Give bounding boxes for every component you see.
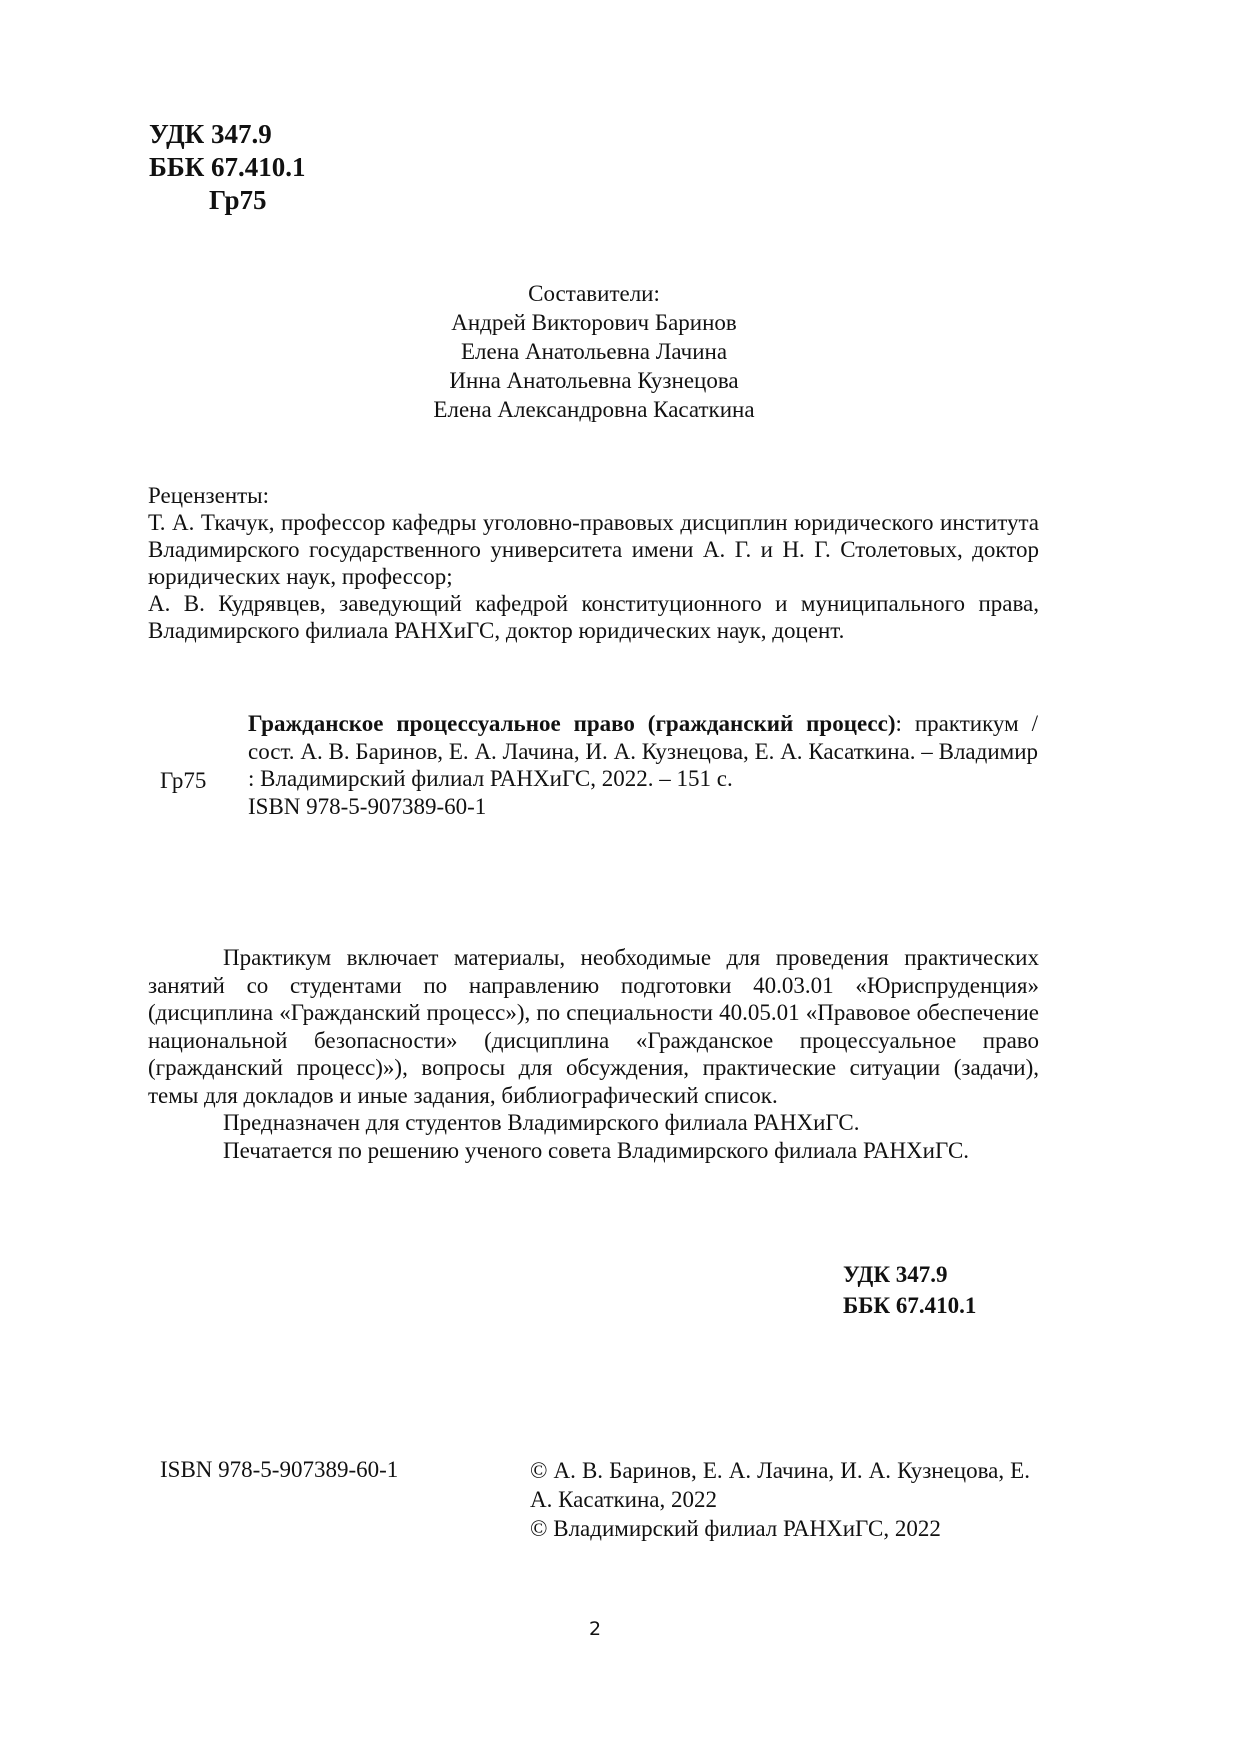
copyright-publisher: © Владимирский филиал РАНХиГС, 2022	[530, 1514, 1030, 1543]
copyright-block: © А. В. Баринов, Е. А. Лачина, И. А. Куз…	[530, 1456, 1030, 1543]
abstract-section: Практикум включает материалы, необходимы…	[148, 944, 1039, 1164]
book-title: Гражданское процессуальное право (гражда…	[248, 711, 896, 736]
abstract-paragraph: Практикум включает материалы, необходимы…	[148, 944, 1039, 1109]
compilers-heading: Составители:	[300, 279, 888, 308]
compilers-section: Составители: Андрей Викторович Баринов Е…	[300, 279, 888, 424]
bibliographic-record: Гражданское процессуальное право (гражда…	[248, 710, 1038, 820]
reviewers-heading: Рецензенты:	[148, 482, 1039, 509]
biblio-description: Гражданское процессуальное право (гражда…	[248, 710, 1038, 793]
compiler-name: Инна Анатольевна Кузнецова	[300, 366, 888, 395]
classification-block-bottom: УДК 347.9 ББК 67.410.1	[843, 1259, 976, 1321]
compiler-name: Андрей Викторович Баринов	[300, 308, 888, 337]
compiler-name: Елена Александровна Касаткина	[300, 395, 888, 424]
reviewer-entry: Т. А. Ткачук, профессор кафедры уголовно…	[148, 509, 1039, 590]
copyright-authors: © А. В. Баринов, Е. А. Лачина, И. А. Куз…	[530, 1456, 1030, 1514]
author-mark: Гр75	[149, 184, 306, 217]
page-number: 2	[585, 1617, 605, 1641]
abstract-paragraph: Печатается по решению ученого совета Вла…	[148, 1137, 1039, 1165]
compiler-name: Елена Анатольевна Лачина	[300, 337, 888, 366]
biblio-author-mark: Гр75	[160, 767, 206, 794]
bbk-code: ББК 67.410.1	[149, 151, 306, 184]
reviewer-entry: А. В. Кудрявцев, заведующий кафедрой кон…	[148, 590, 1039, 644]
classification-block-top: УДК 347.9 ББК 67.410.1 Гр75	[149, 118, 306, 217]
biblio-isbn: ISBN 978-5-907389-60-1	[248, 793, 1038, 821]
bbk-code: ББК 67.410.1	[843, 1290, 976, 1321]
udk-code: УДК 347.9	[843, 1259, 976, 1290]
reviewers-section: Рецензенты: Т. А. Ткачук, профессор кафе…	[148, 482, 1039, 644]
imprint-isbn: ISBN 978-5-907389-60-1	[160, 1456, 398, 1483]
abstract-paragraph: Предназначен для студентов Владимирского…	[148, 1109, 1039, 1137]
udk-code: УДК 347.9	[149, 118, 306, 151]
